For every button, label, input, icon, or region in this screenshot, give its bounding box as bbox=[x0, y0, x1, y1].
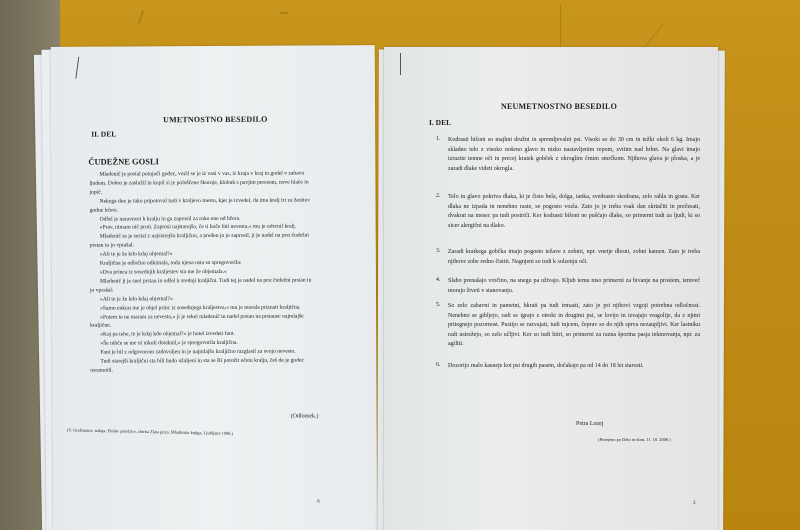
item-number: 5. bbox=[436, 302, 441, 308]
item-text: Kodrasti bišoni so majhni družni in spre… bbox=[448, 136, 700, 174]
source-note: (V. Grafenauer, izdaja: Finske pravljice… bbox=[67, 427, 327, 437]
story-paragraph: Nekega dne je tako pripotoval tudi v kra… bbox=[90, 196, 312, 215]
item-number: 3. bbox=[436, 248, 441, 254]
item-number: 4. bbox=[436, 277, 441, 283]
item-number: 2. bbox=[436, 193, 441, 199]
item-text: Zaradi kratkega gobčka imajo pogosto tež… bbox=[448, 248, 700, 267]
item-text: Dozorijo malo kasneje kot psi drugih pas… bbox=[448, 362, 700, 372]
story-title: ČUDEŽNE GOSLI bbox=[88, 156, 159, 166]
story-paragraph: »Potem te ne maram za nevesto,« ji je re… bbox=[90, 312, 312, 331]
story-paragraph: »Samo enkrat me je objel princ iz sosedn… bbox=[90, 303, 312, 313]
page-title: NEUMETNOSTNO BESEDILO bbox=[501, 102, 617, 111]
table-scratch bbox=[560, 5, 561, 50]
staple bbox=[75, 57, 79, 79]
item-number: 1. bbox=[436, 136, 441, 142]
story-paragraph: Mladenič se je sestal z najstarejšo kral… bbox=[90, 232, 312, 251]
part-heading: I. DEL bbox=[429, 118, 451, 127]
page-number: 3 bbox=[693, 501, 696, 506]
item-text: So zelo zabavni in pametni, hkrati pa tu… bbox=[448, 302, 700, 350]
story-text: Mladenič je postal potujoči godec, vozil… bbox=[89, 169, 312, 375]
item-text: Telo in glavo pokriva dlaka, ki je čisto… bbox=[448, 193, 700, 231]
story-paragraph: Mladenič ji je snel prstan in odšel k sr… bbox=[90, 276, 312, 295]
excerpt-label: (Odlomek.) bbox=[291, 413, 319, 419]
story-paragraph: Mladenič je postal potujoči godec, vozil… bbox=[89, 169, 311, 197]
item-number: 6. bbox=[436, 362, 441, 368]
left-page: UMETNOSTNO BESEDILO II. DEL ČUDEŽNE GOSL… bbox=[51, 45, 378, 530]
table-scratch bbox=[138, 10, 145, 24]
page-title: UMETNOSTNO BESEDILO bbox=[163, 115, 268, 125]
story-paragraph: Tudi starejši kraljični sta bili hudo už… bbox=[90, 357, 312, 376]
staple bbox=[400, 53, 401, 75]
page-number: 6 bbox=[317, 499, 320, 504]
item-text: Slabo prenašajo vročino, na snegu pa uži… bbox=[448, 277, 700, 296]
part-heading: II. DEL bbox=[91, 130, 116, 139]
source-note: (Prirejeno po Delo in dom, 11. 10. 2006.… bbox=[598, 437, 671, 442]
right-page: NEUMETNOSTNO BESEDILO I. DEL 1.Kodrasti … bbox=[384, 47, 718, 530]
author-signature: Petra Lozej bbox=[576, 421, 604, 427]
table-scratch bbox=[280, 12, 288, 14]
